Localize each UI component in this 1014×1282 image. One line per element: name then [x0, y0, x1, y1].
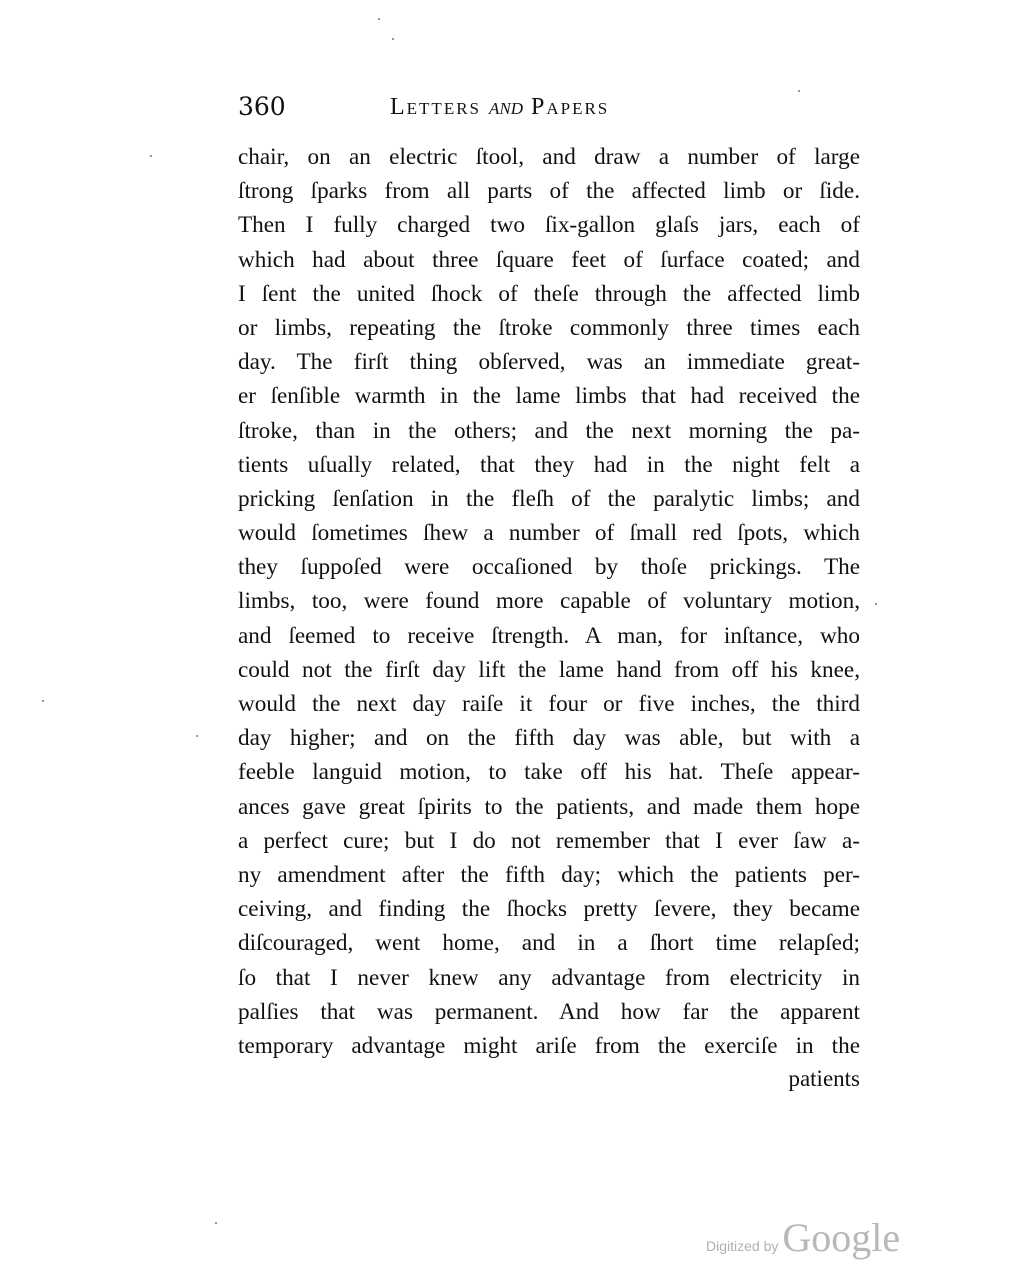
- text-line: Then I fully charged two ſix-gallon glaſ…: [238, 208, 860, 242]
- text-line: I ſent the united ſhock of theſe through…: [238, 277, 860, 311]
- text-line: day. The firſt thing obſerved, was an im…: [238, 345, 860, 379]
- text-line: limbs, too, were found more capable of v…: [238, 584, 860, 618]
- watermark-prefix: Digitized by: [706, 1238, 778, 1254]
- text-line: tients uſually related, that they had in…: [238, 448, 860, 482]
- text-line: ceiving, and finding the ſhocks pretty ſ…: [238, 892, 860, 926]
- text-line: day higher; and on the fifth day was abl…: [238, 721, 860, 755]
- scanned-page: 360 Letters and Papers chair, on an elec…: [0, 0, 1014, 1282]
- text-line: a perfect cure; but I do not remember th…: [238, 824, 860, 858]
- text-line: could not the firſt day lift the lame ha…: [238, 653, 860, 687]
- google-logo-icon: Google: [782, 1214, 900, 1261]
- page-number: 360: [238, 92, 286, 121]
- text-line: chair, on an electric ſtool, and draw a …: [238, 140, 860, 174]
- running-head-text: Papers: [523, 94, 609, 120]
- text-line: they ſuppoſed were occaſioned by thoſe p…: [238, 550, 860, 584]
- text-line: ſtroke, than in the others; and the next…: [238, 414, 860, 448]
- digitized-watermark: Digitized by Google: [706, 1214, 900, 1261]
- scan-speck: [378, 18, 380, 20]
- body-text: chair, on an electric ſtool, and draw a …: [238, 140, 860, 1063]
- text-line: which had about three ſquare feet of ſur…: [238, 243, 860, 277]
- text-line: and ſeemed to receive ſtrength. A man, f…: [238, 619, 860, 653]
- text-line: pricking ſenſation in the fleſh of the p…: [238, 482, 860, 516]
- scan-speck: [215, 1222, 217, 1224]
- catchword: patients: [238, 1066, 860, 1092]
- text-line: or limbs, repeating the ſtroke commonly …: [238, 311, 860, 345]
- text-line: temporary advantage might ariſe from the…: [238, 1029, 860, 1063]
- running-head: Letters and Papers: [390, 94, 609, 121]
- scan-speck: [392, 38, 394, 40]
- page-header: 360 Letters and Papers: [238, 92, 860, 128]
- scan-speck: [875, 603, 877, 605]
- running-head-text: Letters: [390, 94, 489, 120]
- text-line: diſcouraged, went home, and in a ſhort t…: [238, 926, 860, 960]
- scan-speck: [196, 735, 198, 737]
- text-line: would ſometimes ſhew a number of ſmall r…: [238, 516, 860, 550]
- text-line: would the next day raiſe it four or five…: [238, 687, 860, 721]
- text-line: feeble languid motion, to take off his h…: [238, 755, 860, 789]
- scan-speck: [42, 700, 44, 702]
- text-line: ſtrong ſparks from all parts of the affe…: [238, 174, 860, 208]
- text-line: ances gave great ſpirits to the patients…: [238, 790, 860, 824]
- scan-speck: [150, 155, 152, 157]
- text-line: ny amendment after the fifth day; which …: [238, 858, 860, 892]
- text-line: ſo that I never knew any advantage from …: [238, 961, 860, 995]
- text-line: palſies that was permanent. And how far …: [238, 995, 860, 1029]
- text-line: er ſenſible warmth in the lame limbs tha…: [238, 379, 860, 413]
- running-head-italic: and: [489, 94, 523, 120]
